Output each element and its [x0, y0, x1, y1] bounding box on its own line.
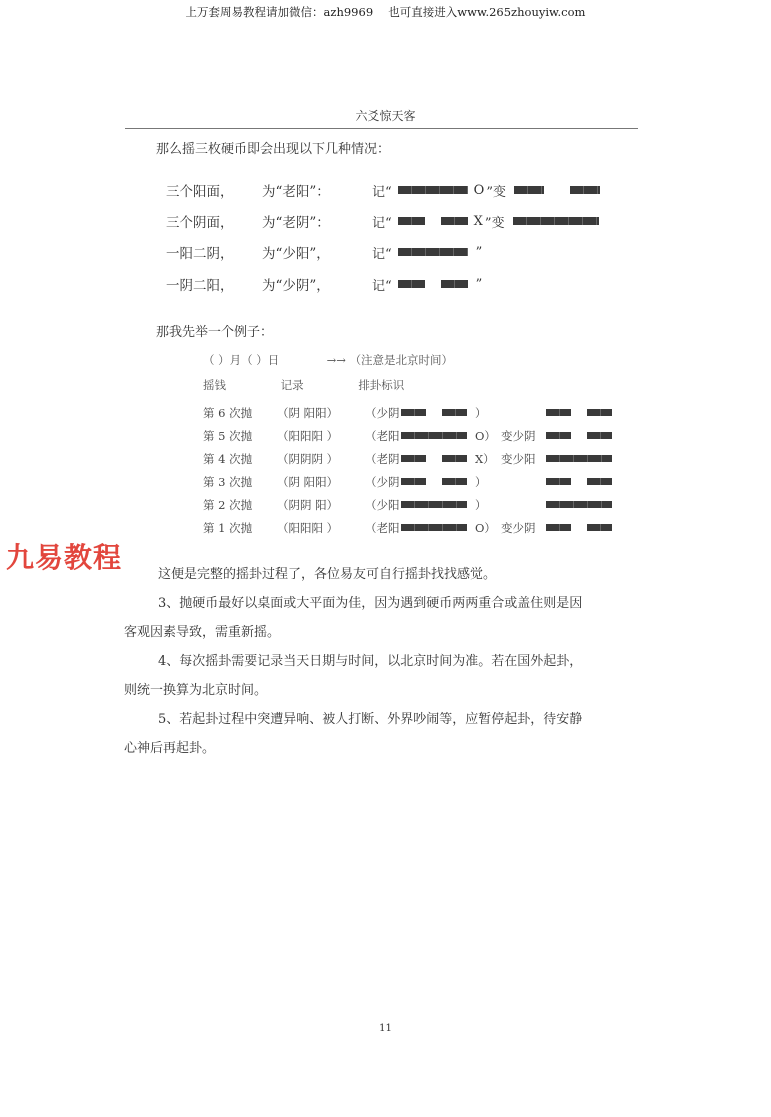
- yang-line-icon: [513, 217, 599, 225]
- running-title: 六爻惊天客: [0, 107, 771, 124]
- throw-label: 第 5 次抛: [203, 428, 277, 444]
- yin-line-icon: [398, 217, 468, 225]
- case-row-old-yang: 三个阳面， 为“老阳”： 记“ O ”变: [166, 179, 600, 201]
- case-coins: 一阳二阴，: [166, 242, 262, 262]
- line-mark: ）: [471, 405, 501, 421]
- line-mark: O）: [471, 428, 501, 444]
- yin-line-icon: [401, 409, 471, 416]
- header-rule: [125, 128, 638, 129]
- case-suffix: ”变: [486, 181, 506, 200]
- coin-record: （阴 阳阳）: [277, 405, 365, 421]
- paragraph-3-line-1: 3、抛硬币最好以桌面或大平面为佳，因为遇到硬币两两重合或盖住则是因: [124, 589, 644, 618]
- coin-record: （阴阴 阳）: [277, 497, 365, 513]
- arrow-icon: →→: [327, 353, 346, 367]
- yang-line-icon: [546, 455, 612, 462]
- paragraph-4-line-2: 则统一换算为北京时间。: [124, 676, 644, 705]
- case-coins: 三个阴面，: [166, 211, 262, 231]
- example-table-header: 摇钱 记录 排卦标识: [203, 377, 404, 393]
- yin-line-icon: [546, 524, 612, 531]
- case-name: 为“老阳”：: [262, 180, 372, 200]
- case-row-young-yin: 一阴二阳， 为“少阴”， 记“ ”: [166, 273, 482, 295]
- case-row-old-yin: 三个阴面， 为“老阴”： 记“ X ”变: [166, 210, 599, 232]
- line-mark: O）: [471, 520, 501, 536]
- example-row-1: 第 1 次抛 （阳阳阳 ） （老阳 O） 变少阴: [203, 517, 553, 538]
- line-mark: ）: [471, 474, 501, 490]
- date-placeholder: （ ）月（ ）日: [203, 353, 279, 367]
- yang-line-icon: [398, 186, 468, 194]
- top-banner: 上万套周易教程请加微信：azh9969 也可直接进入www.265zhouyiw…: [0, 4, 771, 20]
- line-type: （老阳: [365, 428, 401, 444]
- case-record-prefix: 记“: [372, 243, 392, 262]
- throw-label: 第 6 次抛: [203, 405, 277, 421]
- coin-record: （阴阴阴 ）: [277, 451, 365, 467]
- page-number: 11: [0, 1023, 771, 1034]
- line-type: （老阴: [365, 451, 401, 467]
- line-type: （少阴: [365, 405, 401, 421]
- coin-record: （阳阳阳 ）: [277, 428, 365, 444]
- throw-label: 第 2 次抛: [203, 497, 277, 513]
- throw-label: 第 4 次抛: [203, 451, 277, 467]
- example-row-3: 第 3 次抛 （阴 阳阳） （少阴 ）: [203, 471, 553, 492]
- paragraph-3-line-2: 客观因素导致，需重新摇。: [124, 618, 644, 647]
- example-row-5: 第 5 次抛 （阳阳阳 ） （老阳 O） 变少阴: [203, 425, 553, 446]
- case-row-young-yang: 一阳二阴， 为“少阳”， 记“ ”: [166, 241, 482, 263]
- example-date-line: （ ）月（ ）日 →→ （注意是北京时间）: [203, 352, 453, 368]
- throw-label: 第 3 次抛: [203, 474, 277, 490]
- yang-line-icon: [398, 248, 468, 256]
- line-mark: ）: [471, 497, 501, 513]
- case-suffix: ”: [476, 245, 483, 260]
- yin-line-icon: [546, 409, 612, 416]
- line-mark: X）: [471, 451, 501, 467]
- example-row-6: 第 6 次抛 （阴 阳阳） （少阴 ）: [203, 402, 553, 423]
- header-record: 记录: [281, 377, 355, 393]
- line-type: （少阳: [365, 497, 401, 513]
- coin-record: （阳阳阳 ）: [277, 520, 365, 536]
- yin-line-icon: [546, 432, 612, 439]
- summary-paragraph: 这便是完整的摇卦过程了，各位易友可自行摇卦找找感觉。: [158, 560, 496, 589]
- case-record-prefix: 记“: [372, 212, 392, 231]
- case-record-prefix: 记“: [372, 275, 392, 294]
- yin-line-icon: [546, 478, 612, 485]
- example-row-4: 第 4 次抛 （阴阴阴 ） （老阴 X） 变少阳: [203, 448, 553, 469]
- case-mark: X: [474, 214, 483, 229]
- line-type: （少阴: [365, 474, 401, 490]
- yin-line-icon: [398, 280, 468, 288]
- case-coins: 三个阳面，: [166, 180, 262, 200]
- watermark-logo: 九易教程: [6, 536, 122, 576]
- yin-line-icon: [514, 186, 600, 194]
- case-name: 为“老阴”：: [262, 211, 372, 231]
- yang-line-icon: [401, 524, 471, 531]
- case-suffix: ”: [476, 277, 483, 292]
- timezone-note: （注意是北京时间）: [350, 353, 454, 367]
- yang-line-icon: [401, 501, 471, 508]
- yin-line-icon: [401, 478, 471, 485]
- paragraph-4-line-1: 4、每次摇卦需要记录当天日期与时间，以北京时间为准。若在国外起卦，: [124, 647, 644, 676]
- coin-record: （阴 阳阳）: [277, 474, 365, 490]
- example-title: 那我先举一个例子：: [156, 321, 273, 340]
- case-coins: 一阴二阳，: [166, 274, 262, 294]
- line-type: （老阳: [365, 520, 401, 536]
- yang-line-icon: [546, 501, 612, 508]
- case-name: 为“少阴”，: [262, 274, 372, 294]
- yin-line-icon: [401, 455, 471, 462]
- paragraph-5-line-2: 心神后再起卦。: [124, 734, 644, 763]
- example-row-2: 第 2 次抛 （阴阴 阳） （少阳 ）: [203, 494, 553, 515]
- paragraph-3: 3、抛硬币最好以桌面或大平面为佳，因为遇到硬币两两重合或盖住则是因 客观因素导致…: [124, 589, 644, 647]
- paragraph-5-line-1: 5、若起卦过程中突遭异响、被人打断、外界吵闹等，应暂停起卦，待安静: [124, 705, 644, 734]
- intro-text: 那么摇三枚硬币即会出现以下几种情况：: [156, 138, 390, 157]
- case-suffix: ”变: [485, 212, 505, 231]
- case-name: 为“少阳”，: [262, 242, 372, 262]
- throw-label: 第 1 次抛: [203, 520, 277, 536]
- paragraph-4: 4、每次摇卦需要记录当天日期与时间，以北京时间为准。若在国外起卦， 则统一换算为…: [124, 647, 644, 705]
- case-mark: O: [474, 183, 485, 198]
- case-record-prefix: 记“: [372, 181, 392, 200]
- header-marking: 排卦标识: [358, 378, 404, 392]
- yang-line-icon: [401, 432, 471, 439]
- paragraph-5: 5、若起卦过程中突遭异响、被人打断、外界吵闹等，应暂停起卦，待安静 心神后再起卦…: [124, 705, 644, 763]
- header-throw: 摇钱: [203, 377, 277, 393]
